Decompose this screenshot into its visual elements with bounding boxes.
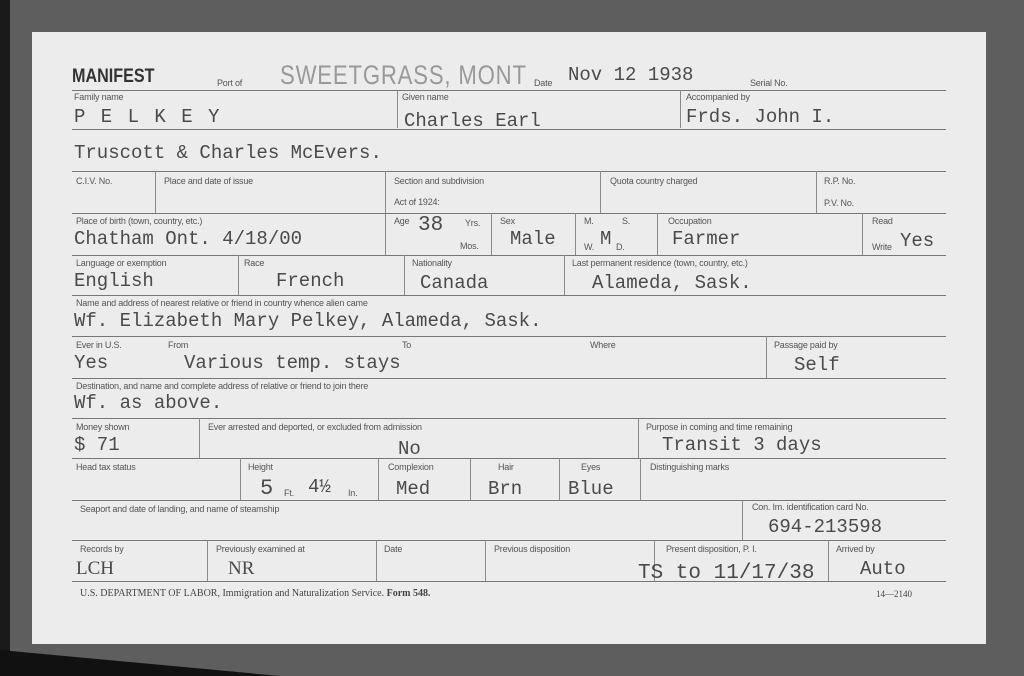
purpose-label: Purpose in coming and time remaining <box>646 422 792 432</box>
passage-paid-value: Self <box>794 354 840 376</box>
divider <box>766 336 767 378</box>
inches-label: In. <box>348 488 357 498</box>
complexion-value: Med <box>396 478 430 500</box>
divider <box>72 171 946 172</box>
language-label: Language or exemption <box>76 258 166 268</box>
rp-number-label: R.P. No. <box>824 176 855 186</box>
destination-value: Wf. as above. <box>74 392 222 414</box>
agency-text: U.S. DEPARTMENT OF LABOR, Immigration an… <box>80 588 384 599</box>
years-label: Yrs. <box>465 218 480 228</box>
identification-card-value: 694-213598 <box>768 516 882 538</box>
previous-disposition-label: Previous disposition <box>494 544 570 554</box>
arrived-by-label: Arrived by <box>836 544 875 554</box>
marital-s-label: S. <box>622 216 630 226</box>
age-value: 38 <box>418 214 443 237</box>
act-1924-label: Act of 1924: <box>394 197 440 207</box>
serial-label: Serial No. <box>750 78 788 88</box>
months-label: Mos. <box>460 241 479 251</box>
divider <box>72 540 946 541</box>
divider <box>72 90 946 91</box>
money-shown-value: $ 71 <box>74 434 120 456</box>
civ-number-label: C.I.V. No. <box>76 176 112 186</box>
race-label: Race <box>244 258 264 268</box>
divider <box>199 418 200 458</box>
pv-number-label: P.V. No. <box>824 198 854 208</box>
passage-paid-label: Passage paid by <box>774 340 838 350</box>
records-by-value: LCH <box>76 558 114 580</box>
occupation-value: Farmer <box>672 228 740 250</box>
divider <box>640 458 641 500</box>
divider <box>72 418 946 419</box>
divider <box>397 90 398 128</box>
read-write-value: Yes <box>900 230 934 252</box>
money-shown-label: Money shown <box>76 422 129 432</box>
card-title: MANIFEST <box>72 66 155 88</box>
last-residence-value: Alameda, Sask. <box>592 272 752 294</box>
identification-card-label: Con. Im. identification card No. <box>752 502 869 512</box>
sex-value: Male <box>510 228 556 250</box>
birthplace-label: Place of birth (town, country, etc.) <box>76 216 202 226</box>
arrested-value: No <box>398 438 421 460</box>
divider <box>72 255 946 256</box>
family-name-value: P E L K E Y <box>74 106 221 128</box>
seaport-label: Seaport and date of landing, and name of… <box>80 504 279 514</box>
divider <box>600 171 601 213</box>
nearest-relative-label: Name and address of nearest relative or … <box>76 298 368 308</box>
divider <box>742 500 743 540</box>
divider <box>559 458 560 500</box>
divider <box>470 458 471 500</box>
divider <box>72 581 946 582</box>
sex-label: Sex <box>500 216 515 226</box>
divider <box>238 255 239 295</box>
footer-agency: U.S. DEPARTMENT OF LABOR, Immigration an… <box>80 588 430 599</box>
divider <box>485 540 486 582</box>
to-label: To <box>402 340 411 350</box>
distinguishing-marks-label: Distinguishing marks <box>650 462 729 472</box>
quota-country-label: Quota country charged <box>610 176 697 186</box>
arrested-label: Ever arrested and deported, or excluded … <box>208 422 422 432</box>
divider <box>376 540 377 582</box>
divider <box>564 255 565 295</box>
form-number: Form 548. <box>387 588 431 599</box>
manifest-card: MANIFEST Port of SWEETGRASS, MONT Date N… <box>32 32 986 644</box>
destination-label: Destination, and name and complete addre… <box>76 381 368 391</box>
accompanied-by-value: Frds. John I. <box>686 106 834 128</box>
race-value: French <box>276 270 344 292</box>
footer-code: 14—2140 <box>876 589 912 599</box>
ever-in-us-label: Ever in U.S. <box>76 340 122 350</box>
occupation-label: Occupation <box>668 216 712 226</box>
divider <box>72 458 946 459</box>
language-value: English <box>74 270 154 292</box>
read-label: Read <box>872 216 893 226</box>
marital-w-label: W. <box>584 242 594 252</box>
port-label: Port of <box>217 78 242 88</box>
height-label: Height <box>248 462 273 472</box>
nationality-label: Nationality <box>412 258 452 268</box>
divider <box>491 213 492 255</box>
divider <box>680 90 681 128</box>
divider <box>240 458 241 500</box>
feet-label: Ft. <box>284 488 294 498</box>
divider <box>862 213 863 255</box>
divider <box>72 213 946 214</box>
arrived-by-value: Auto <box>860 558 906 580</box>
complexion-label: Complexion <box>388 462 434 472</box>
accompanied-by-continued: Truscott & Charles McEvers. <box>74 142 382 164</box>
given-name-label: Given name <box>402 92 449 102</box>
hair-label: Hair <box>498 462 514 472</box>
divider <box>378 458 379 500</box>
marital-status-value: M <box>600 228 611 250</box>
from-label: From <box>168 340 188 350</box>
port-value: SWEETGRASS, MONT <box>280 60 527 91</box>
date-value: Nov 12 1938 <box>568 64 693 86</box>
divider <box>404 255 405 295</box>
hair-value: Brn <box>488 478 522 500</box>
scan-shadow <box>0 650 280 676</box>
where-label: Where <box>590 340 616 350</box>
age-label: Age <box>394 216 409 226</box>
write-label: Write <box>872 242 892 252</box>
divider <box>72 295 946 296</box>
marital-m-label: M. <box>584 216 594 226</box>
from-to-value: Various temp. stays <box>184 352 401 374</box>
purpose-value: Transit 3 days <box>662 434 822 456</box>
section-subdivision-label: Section and subdivision <box>394 176 484 186</box>
accompanied-by-label: Accompanied by <box>686 92 750 102</box>
divider <box>72 378 946 379</box>
birthplace-value: Chatham Ont. 4/18/00 <box>74 228 302 250</box>
marital-d-label: D. <box>616 242 625 252</box>
present-disposition-label: Present disposition, P. I. <box>666 544 757 554</box>
divider <box>72 129 946 130</box>
divider <box>638 418 639 458</box>
divider <box>575 213 576 255</box>
last-residence-label: Last permanent residence (town, country,… <box>572 258 748 268</box>
eyes-label: Eyes <box>581 462 600 472</box>
height-feet-value: 5 <box>260 476 273 501</box>
divider <box>72 336 946 337</box>
previously-examined-value: NR <box>228 558 254 580</box>
divider <box>155 171 156 213</box>
height-inches-value: 4½ <box>308 476 331 498</box>
eyes-value: Blue <box>568 478 614 500</box>
divider <box>72 500 946 501</box>
divider <box>657 213 658 255</box>
family-name-label: Family name <box>74 92 123 102</box>
nationality-value: Canada <box>420 272 488 294</box>
nearest-relative-value: Wf. Elizabeth Mary Pelkey, Alameda, Sask… <box>74 310 541 332</box>
records-by-label: Records by <box>80 544 124 554</box>
divider <box>207 540 208 582</box>
head-tax-label: Head tax status <box>76 462 136 472</box>
date-examined-label: Date <box>384 544 402 554</box>
divider <box>828 540 829 582</box>
previously-examined-label: Previously examined at <box>216 544 305 554</box>
date-label: Date <box>534 78 552 88</box>
divider <box>816 171 817 213</box>
scan-border <box>0 0 10 676</box>
ever-in-us-value: Yes <box>74 352 108 374</box>
place-date-issue-label: Place and date of issue <box>164 176 253 186</box>
